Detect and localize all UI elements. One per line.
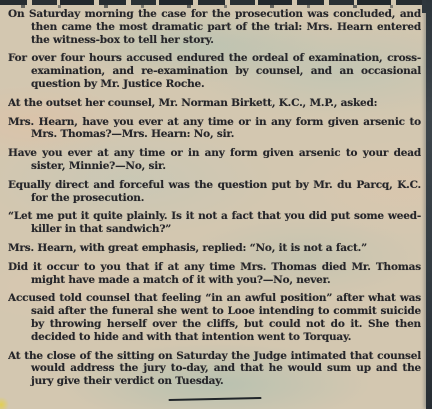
article-paragraph: “Let me put it quite plainly. Is it not … bbox=[8, 210, 421, 236]
article-paragraph: Accused told counsel that feeling “in an… bbox=[8, 292, 421, 343]
paper-stain bbox=[0, 397, 9, 409]
scan-edge-right bbox=[426, 0, 432, 409]
newspaper-clipping: On Saturday morning the case for the pro… bbox=[0, 0, 432, 409]
article-paragraph: Mrs. Hearn, have you ever at any time or… bbox=[8, 116, 421, 142]
article-paragraph: Did it occur to you that if at any time … bbox=[8, 261, 421, 287]
article-paragraph: On Saturday morning the case for the pro… bbox=[8, 8, 421, 46]
article-paragraph: Equally direct and forceful was the ques… bbox=[8, 179, 421, 205]
article-paragraph: At the close of the sitting on Saturday … bbox=[8, 350, 421, 388]
cutoff-text-fragments bbox=[0, 0, 432, 5]
article-paragraph: At the outset her counsel, Mr. Norman Bi… bbox=[8, 97, 421, 110]
article-paragraph: Mrs. Hearn, with great emphasis, replied… bbox=[8, 242, 421, 255]
article-body: On Saturday morning the case for the pro… bbox=[8, 8, 421, 395]
article-paragraph: Have you ever at any time or in any form… bbox=[8, 147, 421, 173]
section-divider-rule bbox=[168, 397, 261, 401]
article-paragraph: For over four hours accused endured the … bbox=[8, 52, 421, 90]
